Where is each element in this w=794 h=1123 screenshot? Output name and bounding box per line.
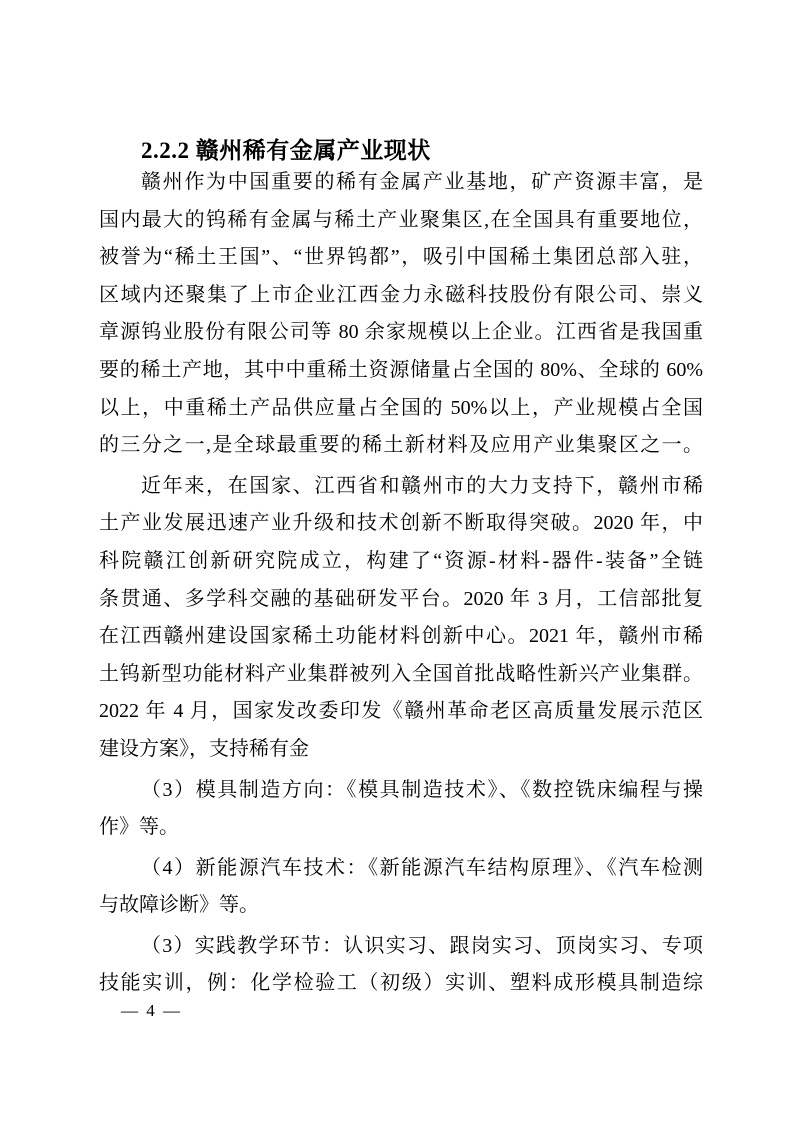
text-line: 章源钨业股份有限公司等 80 余家规模以上企业。江西省是我国重 (99, 314, 703, 352)
text-line: 2022 年 4 月，国家发改委印发《赣州革命老区高质量发展示范区 (99, 693, 703, 731)
paragraph: 近年来，在国家、江西省和赣州市的大力支持下，赣州市稀 土产业发展迅速产业升级和技… (99, 468, 703, 769)
text-line: 在江西赣州建设国家稀土功能材料创新中心。2021 年，赣州市稀 (99, 618, 703, 656)
text-line: （3）模具制造方向：《模具制造技术》、《数控铣床编程与操 (99, 772, 703, 810)
page-number: — 4 — (121, 1001, 182, 1021)
document-page: 2.2.2 赣州稀有金属产业现状 赣州作为中国重要的稀有金属产业基地，矿产资源丰… (0, 0, 794, 1123)
text-line: 与故障诊断》等。 (99, 887, 703, 925)
text-line: 作》等。 (99, 809, 703, 847)
document-body: 赣州作为中国重要的稀有金属产业基地，矿产资源丰富，是 国内最大的钨稀有金属与稀土… (99, 164, 703, 1003)
text-line: 建设方案》，支持稀有金 (99, 731, 703, 769)
text-line: 以上，中重稀土产品供应量占全国的 50%以上，产业规模占全国 (99, 390, 703, 428)
document-content: 2.2.2 赣州稀有金属产业现状 赣州作为中国重要的稀有金属产业基地，矿产资源丰… (99, 138, 703, 1003)
paragraph: （3）实践教学环节：认识实习、跟岗实习、顶岗实习、专项 技能实训，例：化学检验工… (99, 928, 703, 1003)
text-line: 条贯通、多学科交融的基础研发平台。2020 年 3 月，工信部批复 (99, 581, 703, 619)
text-line: 技能实训，例：化学检验工（初级）实训、塑料成形模具制造综 (99, 965, 703, 1003)
text-line: 被誉为“稀土王国”、“世界钨都”，吸引中国稀土集团总部入驻， (99, 239, 703, 277)
text-line: 赣州作为中国重要的稀有金属产业基地，矿产资源丰富，是 (99, 164, 703, 202)
text-line: 科院赣江创新研究院成立，构建了“资源-材料-器件-装备”全链 (99, 543, 703, 581)
paragraph: 赣州作为中国重要的稀有金属产业基地，矿产资源丰富，是 国内最大的钨稀有金属与稀土… (99, 164, 703, 465)
text-line: 土钨新型功能材料产业集群被列入全国首批战略性新兴产业集群。 (99, 656, 703, 694)
section-heading: 2.2.2 赣州稀有金属产业现状 (99, 138, 703, 164)
text-line: （4）新能源汽车技术：《新能源汽车结构原理》、《汽车检测 (99, 850, 703, 888)
text-line: 近年来，在国家、江西省和赣州市的大力支持下，赣州市稀 (99, 468, 703, 506)
text-line: 的三分之一,是全球最重要的稀土新材料及应用产业集聚区之一。 (99, 427, 703, 465)
text-line: （3）实践教学环节：认识实习、跟岗实习、顶岗实习、专项 (99, 928, 703, 966)
text-line: 土产业发展迅速产业升级和技术创新不断取得突破。2020 年，中 (99, 505, 703, 543)
text-line: 区域内还聚集了上市企业江西金力永磁科技股份有限公司、崇义 (99, 277, 703, 315)
text-line: 要的稀土产地，其中中重稀土资源储量占全国的 80%、全球的 60% (99, 352, 703, 390)
paragraph: （3）模具制造方向：《模具制造技术》、《数控铣床编程与操 作》等。 (99, 772, 703, 847)
text-line: 国内最大的钨稀有金属与稀土产业聚集区,在全国具有重要地位， (99, 202, 703, 240)
paragraph: （4）新能源汽车技术：《新能源汽车结构原理》、《汽车检测 与故障诊断》等。 (99, 850, 703, 925)
